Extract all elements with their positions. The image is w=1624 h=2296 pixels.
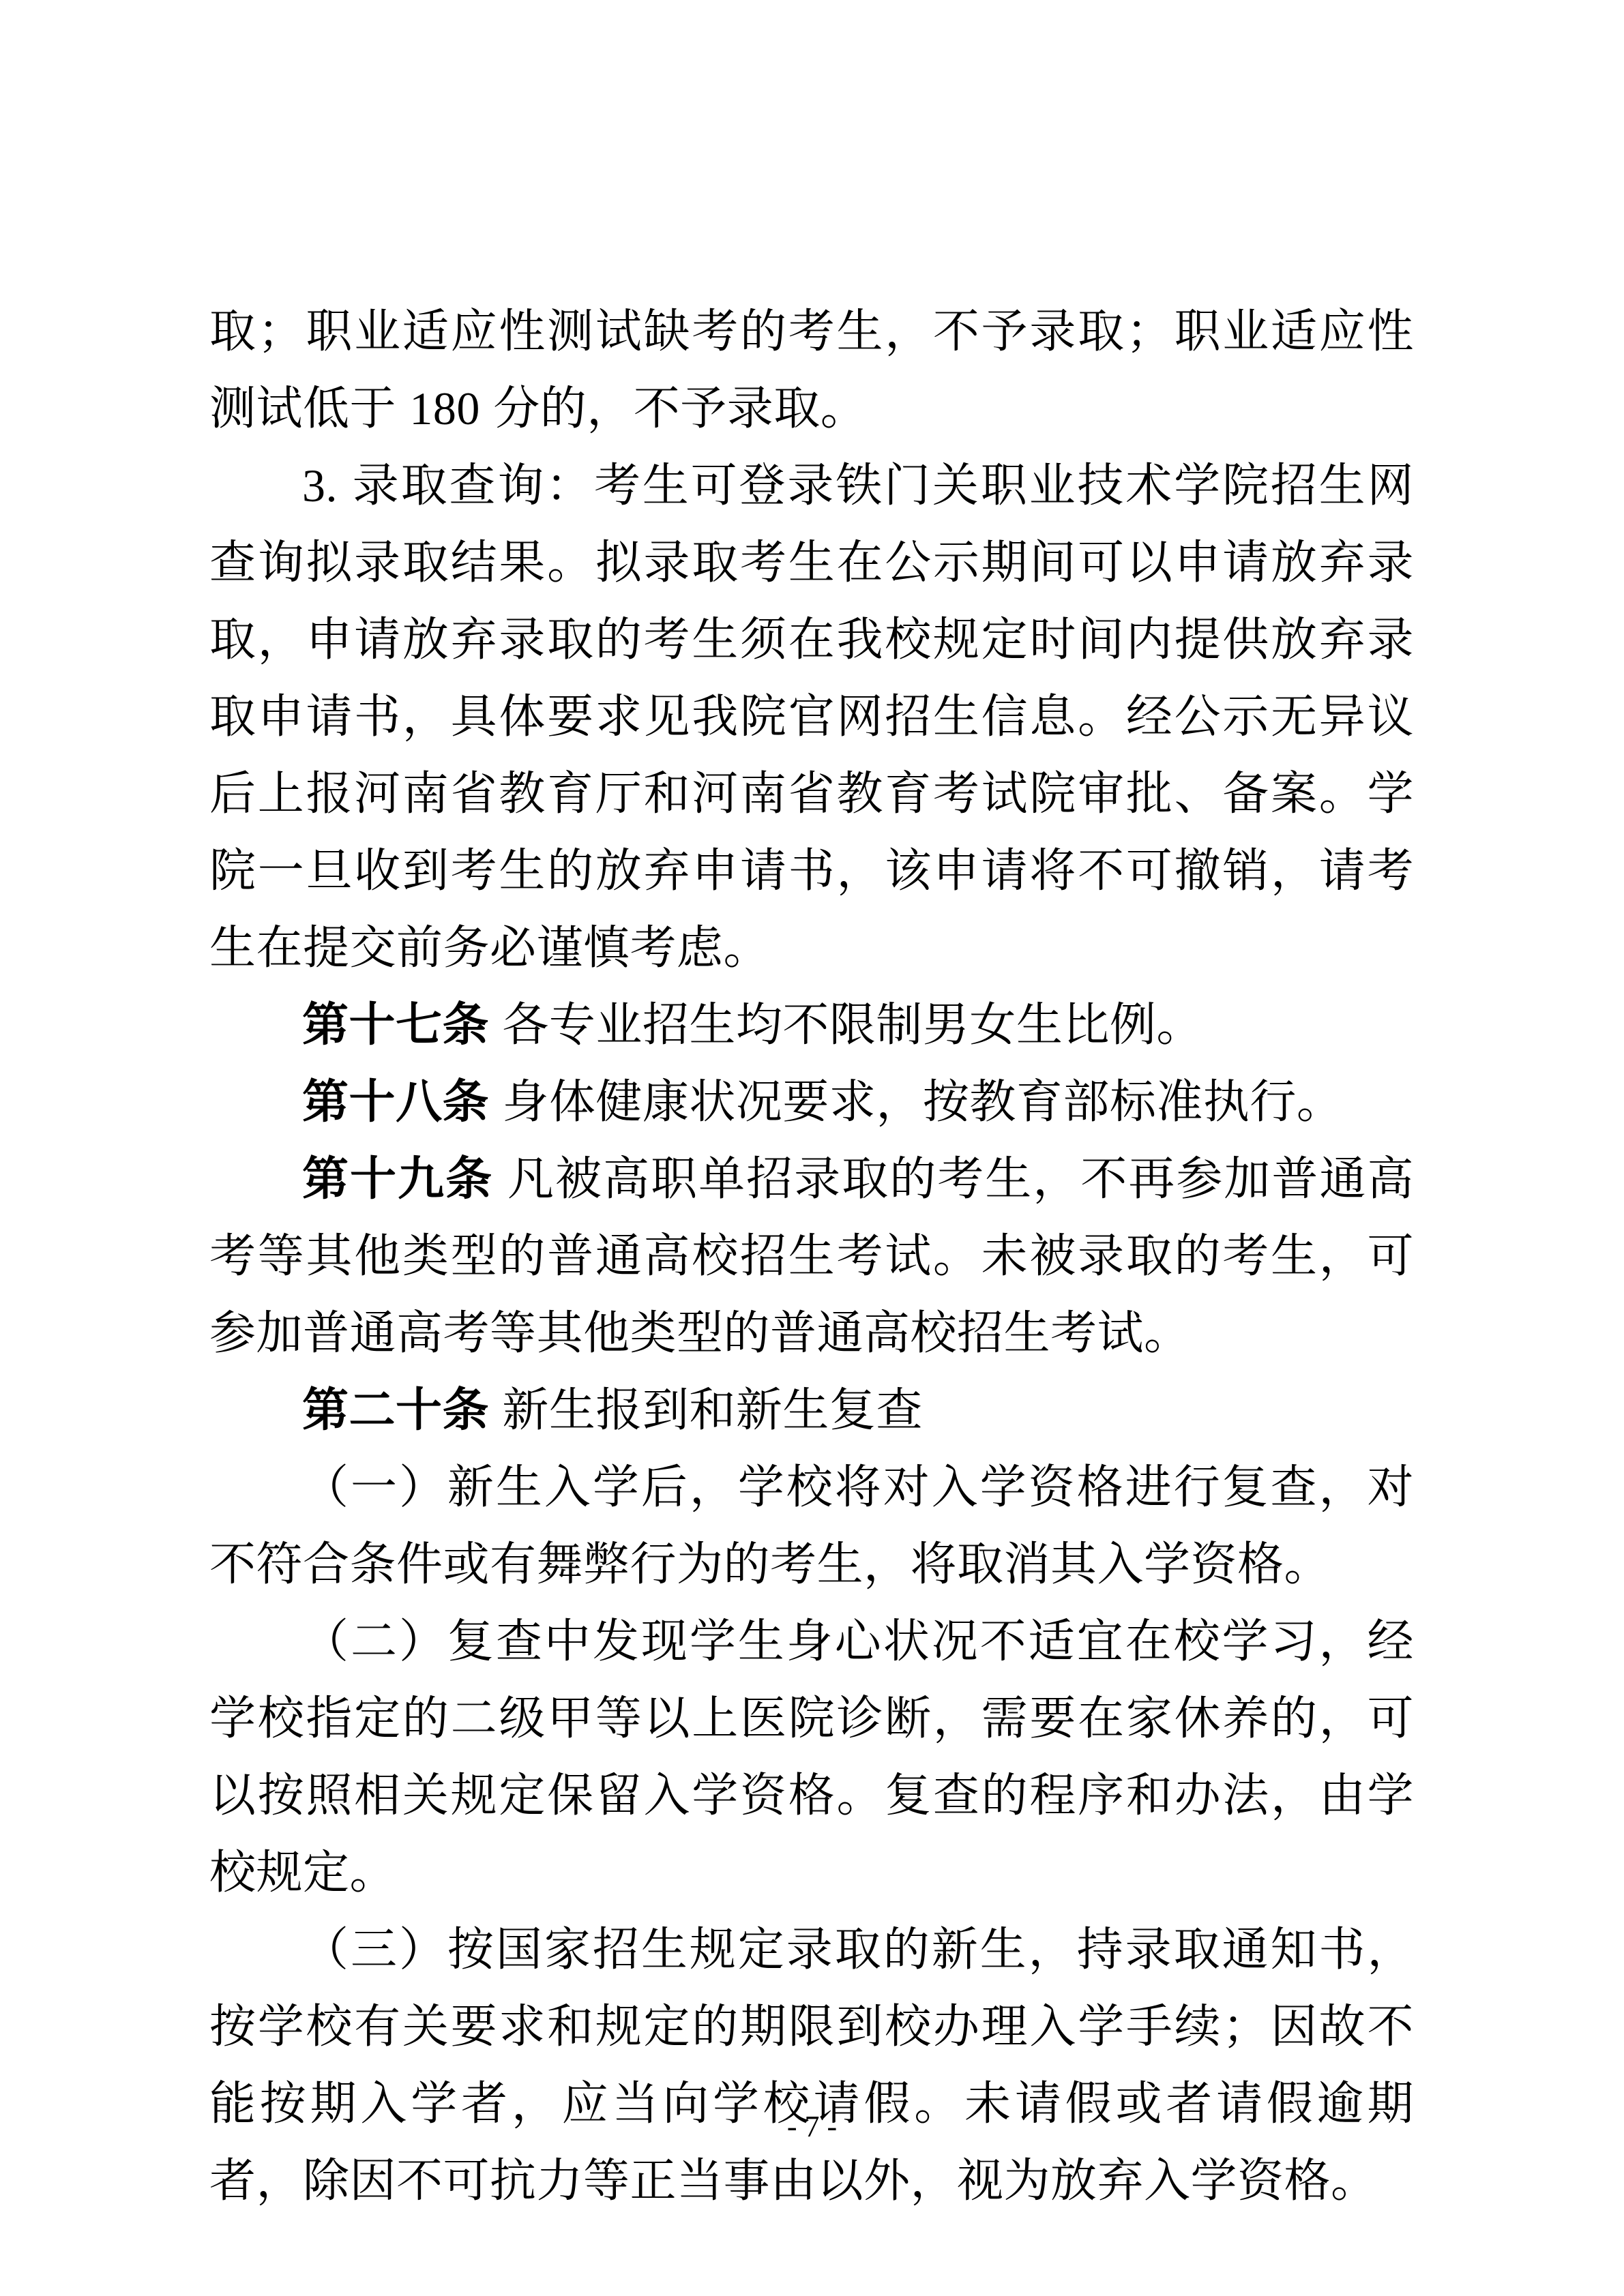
text-run: （三）按国家招生规定录取的新生，持录取通知书，按学校有关要求和规定的期限到校办理… [209,1924,1414,2207]
paragraph: （一）新生入学后，学校将对入学资格进行复查，对不符合条件或有舞弊行为的考生，将取… [209,1449,1414,1603]
paragraph: 第十八条 身体健康状况要求，按教育部标准执行。 [209,1064,1414,1141]
article-number: 第二十条 [302,1384,489,1436]
document-page: 取；职业适应性测试缺考的考生，不予录取；职业适应性测试低于 180 分的，不予录… [0,0,1624,2296]
paragraph: 第十九条 凡被高职单招录取的考生，不再参加普通高考等其他类型的普通高校招生考试。… [209,1141,1414,1372]
document-body: 取；职业适应性测试缺考的考生，不予录取；职业适应性测试低于 180 分的，不予录… [209,293,1414,2220]
article-number: 第十七条 [302,999,489,1051]
paragraph: 3. 录取查询：考生可登录铁门关职业技术学院招生网查询拟录取结果。拟录取考生在公… [209,447,1414,987]
text-run: （一）新生入学后，学校将对入学资格进行复查，对不符合条件或有舞弊行为的考生，将取… [209,1461,1414,1590]
footer-page-number: - 7 - [0,2111,1624,2143]
paragraph: 第二十条 新生报到和新生复查 [209,1372,1414,1449]
paragraph: 第十七条 各专业招生均不限制男女生比例。 [209,987,1414,1064]
paragraph: （三）按国家招生规定录取的新生，持录取通知书，按学校有关要求和规定的期限到校办理… [209,1911,1414,2220]
text-run: 录取查询：考生可登录铁门关职业技术学院招生网查询拟录取结果。拟录取考生在公示期间… [209,460,1414,974]
text-run: 新生报到和新生复查 [489,1384,923,1436]
paragraph: 取；职业适应性测试缺考的考生，不予录取；职业适应性测试低于 180 分的，不予录… [209,293,1414,447]
text-run: 身体健康状况要求，按教育部标准执行。 [489,1076,1343,1128]
text-run: （二）复查中发现学生身心状况不适宜在校学习，经学校指定的二级甲等以上医院诊断，需… [209,1615,1414,1898]
paragraph: （二）复查中发现学生身心状况不适宜在校学习，经学校指定的二级甲等以上医院诊断，需… [209,1603,1414,1911]
text-run: 各专业招生均不限制男女生比例。 [489,999,1203,1051]
text-run: 分的，不予录取。 [480,383,867,434]
article-number: 第十九条 [302,1153,493,1205]
article-number: 第十八条 [302,1076,489,1128]
text-run: 3. [302,460,338,511]
text-run: 180 [409,383,480,434]
